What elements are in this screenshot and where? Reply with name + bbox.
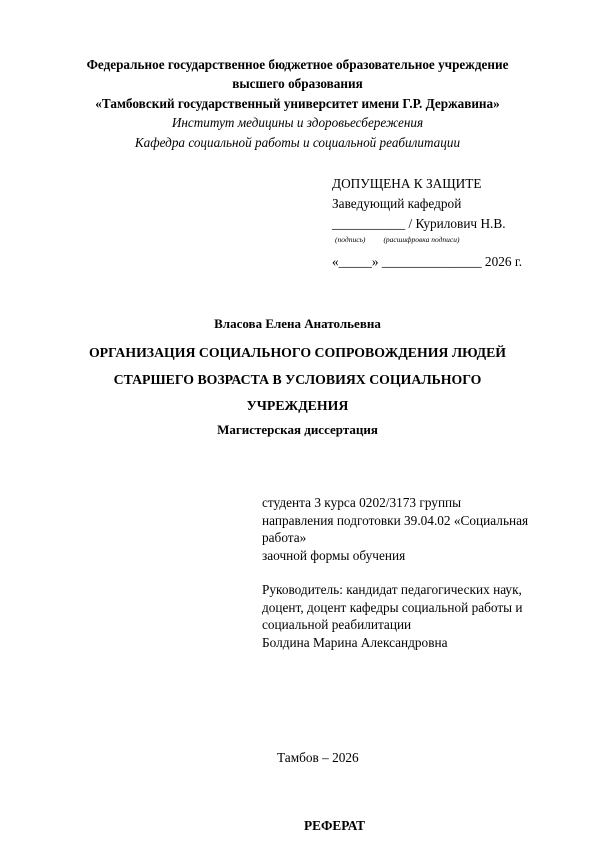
- student-line-4: заочной формы обучения: [262, 547, 528, 565]
- author-name: Власова Елена Анатольевна: [0, 316, 595, 332]
- abstract-heading: РЕФЕРАТ: [304, 818, 365, 834]
- supervisor-line-3: социальной реабилитации: [262, 616, 523, 634]
- thesis-title-line-3: УЧРЕЖДЕНИЯ: [60, 393, 535, 420]
- signature-caption: (подпись): [335, 235, 365, 244]
- header-department: Кафедра социальной работы и социальной р…: [0, 133, 595, 152]
- city-year: Тамбов – 2026: [277, 750, 359, 766]
- approval-captions: (подпись)(расшифровка подписи): [335, 234, 522, 246]
- approval-signature-line: ___________ / Курилович Н.В.: [332, 214, 522, 234]
- thesis-title: ОРГАНИЗАЦИЯ СОЦИАЛЬНОГО СОПРОВОЖДЕНИЯ ЛЮ…: [60, 340, 535, 420]
- thesis-title-line-2: СТАРШЕГО ВОЗРАСТА В УСЛОВИЯХ СОЦИАЛЬНОГО: [60, 367, 535, 394]
- header-institute: Институт медицины и здоровьесбережения: [0, 113, 595, 132]
- institution-header: Федеральное государственное бюджетное об…: [0, 55, 595, 152]
- decode-caption: (расшифровка подписи): [383, 235, 459, 244]
- student-line-3: работа»: [262, 529, 528, 547]
- thesis-title-line-1: ОРГАНИЗАЦИЯ СОЦИАЛЬНОГО СОПРОВОЖДЕНИЯ ЛЮ…: [60, 340, 535, 367]
- header-line-1: Федеральное государственное бюджетное об…: [0, 55, 595, 74]
- approval-position: Заведующий кафедрой: [332, 194, 522, 214]
- supervisor-line-1: Руководитель: кандидат педагогических на…: [262, 581, 523, 599]
- approval-date-line: «_____» _______________ 2026 г.: [332, 252, 522, 272]
- header-university: «Тамбовский государственный университет …: [0, 94, 595, 113]
- supervisor-name: Болдина Марина Александровна: [262, 634, 523, 652]
- supervisor-info: Руководитель: кандидат педагогических на…: [262, 581, 523, 651]
- student-line-2: направления подготовки 39.04.02 «Социаль…: [262, 512, 528, 530]
- header-line-2: высшего образования: [0, 74, 595, 93]
- approval-title: ДОПУЩЕНА К ЗАЩИТЕ: [332, 174, 522, 194]
- student-info: студента 3 курса 0202/3173 группы направ…: [262, 494, 528, 564]
- approval-block: ДОПУЩЕНА К ЗАЩИТЕ Заведующий кафедрой __…: [332, 174, 522, 272]
- supervisor-line-2: доцент, доцент кафедры социальной работы…: [262, 599, 523, 617]
- work-type: Магистерская диссертация: [0, 422, 595, 438]
- student-line-1: студента 3 курса 0202/3173 группы: [262, 494, 528, 512]
